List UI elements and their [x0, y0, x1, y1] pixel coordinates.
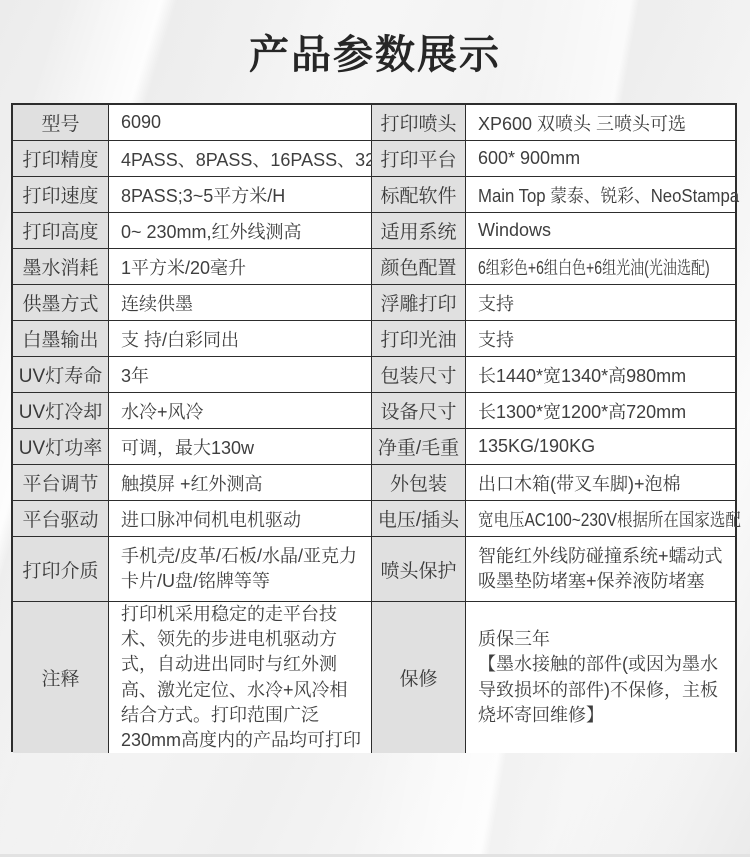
page-title: 产品参数展示	[249, 23, 501, 80]
table-row: 注释 打印机采用稳定的走平台技术、领先的步进电机驱动方式，自动进出同时与红外测高…	[13, 602, 735, 750]
spec-label: 喷头保护	[372, 537, 466, 602]
table-row: UV灯功率 可调，最大130w 净重/毛重 135KG/190KG	[13, 429, 735, 465]
spec-label: UV灯功率	[13, 429, 109, 465]
table-row: UV灯冷却 水冷+风冷 设备尺寸 长1300*宽1200*高720mm	[13, 393, 735, 429]
table-row: 打印介质 手机壳/皮革/石板/水晶/亚克力卡片/U盘/铭牌等等 喷头保护 智能红…	[13, 537, 735, 602]
table-row: 平台驱动 进口脉冲伺机电机驱动 电压/插头 宽电压AC100~230V根据所在国…	[13, 501, 735, 537]
spec-label: 打印精度	[13, 141, 109, 177]
spec-value: 连续供墨	[109, 285, 372, 321]
spec-value: 宽电压AC100~230V根据所在国家选配	[466, 501, 735, 537]
table-row: 打印速度 8PASS;3~5平方米/H 标配软件 Main Top 蒙泰、锐彩、…	[13, 177, 735, 213]
spec-label: 颜色配置	[372, 249, 466, 285]
spec-value: 水冷+风冷	[109, 393, 372, 429]
table-row: 墨水消耗 1平方米/20毫升 颜色配置 6组彩色+6组白色+6组光油(光油选配)	[13, 249, 735, 285]
spec-value: 6组彩色+6组白色+6组光油(光油选配)	[466, 249, 735, 285]
spec-value: 8PASS;3~5平方米/H	[109, 177, 372, 213]
spec-label: UV灯冷却	[13, 393, 109, 429]
spec-label: 标配软件	[372, 177, 466, 213]
spec-value: 135KG/190KG	[466, 429, 735, 465]
spec-value: 6090	[109, 105, 372, 141]
spec-label: 打印光油	[372, 321, 466, 357]
spec-label: 供墨方式	[13, 285, 109, 321]
spec-label: 净重/毛重	[372, 429, 466, 465]
spec-label: 墨水消耗	[13, 249, 109, 285]
spec-value: 进口脉冲伺机电机驱动	[109, 501, 372, 537]
spec-label: 打印介质	[13, 537, 109, 602]
spec-value: 智能红外线防碰撞系统+蠕动式吸墨垫防堵塞+保养液防堵塞	[466, 537, 735, 602]
spec-label: 注释	[13, 602, 109, 753]
spec-value: 支 持/白彩同出	[109, 321, 372, 357]
spec-value: 3年	[109, 357, 372, 393]
table-row: 型号 6090 打印喷头 XP600 双喷头 三喷头可选	[13, 105, 735, 141]
spec-label: 设备尺寸	[372, 393, 466, 429]
spec-value: 手机壳/皮革/石板/水晶/亚克力卡片/U盘/铭牌等等	[109, 537, 372, 602]
spec-label: 平台调节	[13, 465, 109, 501]
spec-value: 打印机采用稳定的走平台技术、领先的步进电机驱动方式，自动进出同时与红外测高、激光…	[109, 602, 372, 753]
table-row: 平台调节 触摸屏 +红外测高 外包装 出口木箱(带叉车脚)+泡棉	[13, 465, 735, 501]
spec-value: 1平方米/20毫升	[109, 249, 372, 285]
spec-label: 浮雕打印	[372, 285, 466, 321]
product-spec-table: 型号 6090 打印喷头 XP600 双喷头 三喷头可选 打印精度 4PASS、…	[11, 103, 737, 752]
spec-label: 型号	[13, 105, 109, 141]
spec-label: 打印速度	[13, 177, 109, 213]
table-row: 白墨输出 支 持/白彩同出 打印光油 支持	[13, 321, 735, 357]
spec-value: 长1300*宽1200*高720mm	[466, 393, 735, 429]
spec-label: 白墨输出	[13, 321, 109, 357]
spec-value: Windows	[466, 213, 735, 249]
spec-label: 打印平台	[372, 141, 466, 177]
page-header: 产品参数展示	[0, 0, 750, 103]
spec-value: 600* 900mm	[466, 141, 735, 177]
spec-label: 保修	[372, 602, 466, 753]
table-row: 打印精度 4PASS、8PASS、16PASS、32PASS 打印平台 600*…	[13, 141, 735, 177]
spec-value: 长1440*宽1340*高980mm	[466, 357, 735, 393]
spec-value: 支持	[466, 285, 735, 321]
table-row: 打印高度 0~ 230mm,红外线测高 适用系统 Windows	[13, 213, 735, 249]
spec-value: 4PASS、8PASS、16PASS、32PASS	[109, 141, 372, 177]
spec-label: 外包装	[372, 465, 466, 501]
spec-label: 平台驱动	[13, 501, 109, 537]
spec-label: 适用系统	[372, 213, 466, 249]
spec-value: 出口木箱(带叉车脚)+泡棉	[466, 465, 735, 501]
spec-value: 支持	[466, 321, 735, 357]
spec-value: 0~ 230mm,红外线测高	[109, 213, 372, 249]
spec-label: 打印喷头	[372, 105, 466, 141]
spec-value: XP600 双喷头 三喷头可选	[466, 105, 735, 141]
spec-label: 包装尺寸	[372, 357, 466, 393]
spec-value: 触摸屏 +红外测高	[109, 465, 372, 501]
spec-value: 质保三年 【墨水接触的部件(或因为墨水导致损坏的部件)不保修，主板烧坏寄回维修】	[466, 602, 735, 753]
spec-label: 电压/插头	[372, 501, 466, 537]
table-row: 供墨方式 连续供墨 浮雕打印 支持	[13, 285, 735, 321]
spec-value: Main Top 蒙泰、锐彩、NeoStampa	[466, 177, 735, 213]
spec-value: 可调，最大130w	[109, 429, 372, 465]
spec-label: UV灯寿命	[13, 357, 109, 393]
spec-label: 打印高度	[13, 213, 109, 249]
table-row: UV灯寿命 3年 包装尺寸 长1440*宽1340*高980mm	[13, 357, 735, 393]
